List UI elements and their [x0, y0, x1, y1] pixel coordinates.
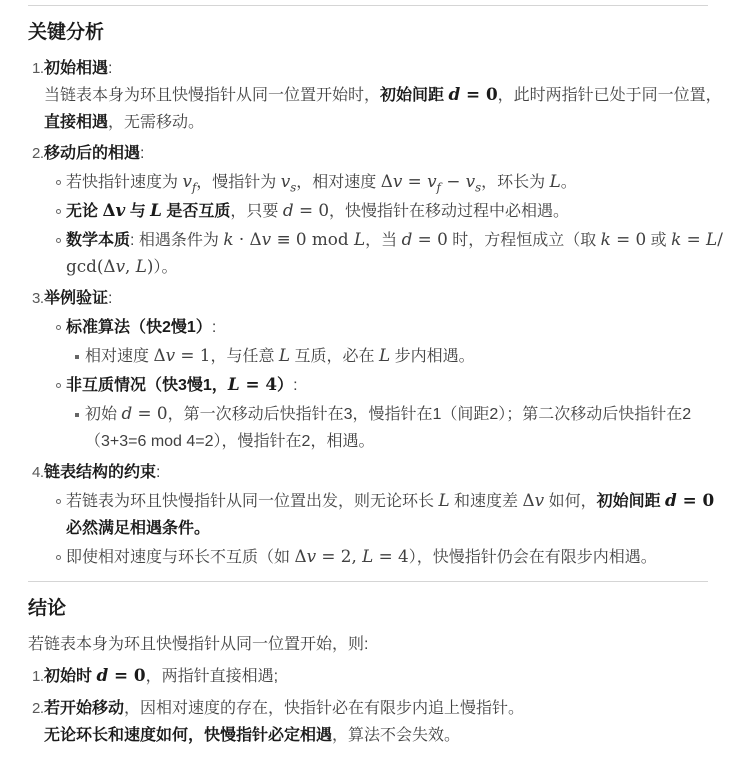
- math-expression: d = 0: [96, 665, 145, 685]
- bullet-text: 初始 d = 0，第一次移动后快指针在3，慢指针在1（间距2）；第二次移动后快指…: [85, 401, 724, 455]
- document-body: 关键分析 1. 初始相遇: 当链表本身为环且快慢指针从同一位置开始时，初始间距 …: [0, 5, 752, 749]
- math-expression: d = 0: [283, 200, 329, 220]
- math-expression: vf: [182, 171, 196, 191]
- math-expression: L = 4: [228, 374, 277, 394]
- math-expression: d = 0: [448, 84, 497, 104]
- text-segment: ）。: [153, 259, 177, 276]
- text-segment: 无论环长和速度如何，快慢指针必定相遇: [44, 727, 332, 744]
- math-expression: L: [550, 171, 561, 191]
- text-segment: 与: [125, 203, 150, 220]
- list-number: 1.: [32, 55, 44, 82]
- sub-bullet-standard-algorithm: 标准算法（快2慢1）:: [28, 314, 724, 341]
- list-number: 4.: [32, 459, 44, 486]
- text-segment: ，环长为: [481, 174, 549, 191]
- math-expression: d = 0: [402, 229, 448, 249]
- bullet-text: 无论 Δv 与 L 是否互质，只要 d = 0，快慢指针在移动过程中必相遇。: [66, 198, 724, 225]
- text-segment: :: [140, 145, 144, 162]
- text-segment: ，算法不会失效。: [332, 727, 460, 744]
- text-segment: :: [108, 290, 112, 307]
- text-segment: 互质，必在: [290, 348, 379, 365]
- math-expression: Δv = 1: [153, 345, 210, 365]
- list-number: 2.: [32, 695, 44, 722]
- list-item-initial-meeting: 1. 初始相遇: 当链表本身为环且快慢指针从同一位置开始时，初始间距 d = 0…: [28, 55, 724, 136]
- text-segment: 即使相对速度与环长不互质（如: [66, 549, 294, 566]
- sub-sub-bullet-non-coprime-detail: 初始 d = 0，第一次移动后快指针在3，慢指针在1（间距2）；第二次移动后快指…: [28, 401, 724, 455]
- math-expression: vs: [281, 171, 297, 191]
- math-expression: Δv: [102, 200, 125, 220]
- sub-sub-bullet-standard-detail: 相对速度 Δv = 1，与任意 L 互质，必在 L 步内相遇。: [28, 343, 724, 370]
- text-segment: ，因相对速度的存在，快指针必在有限步内追上慢指针。: [124, 700, 524, 717]
- top-divider: [28, 5, 708, 6]
- sub-bullet-coprime: 无论 Δv 与 L 是否互质，只要 d = 0，快慢指针在移动过程中必相遇。: [28, 198, 724, 225]
- bullet-text: 数学本质: 相遇条件为 k · Δv ≡ 0 mod L，当 d = 0 时，方…: [66, 227, 724, 281]
- math-expression: Δv = 2, L = 4: [294, 546, 408, 566]
- text-segment: ，快慢指针在移动过程中必相遇。: [329, 203, 569, 220]
- list-number: 2.: [32, 140, 44, 167]
- sub-bullet-constraint-1: 若链表为环且快慢指针从同一位置出发，则无论环长 L 和速度差 Δv 如何，初始间…: [28, 488, 724, 542]
- conclusion-intro: 若链表本身为环且快慢指针从同一位置开始，则:: [28, 631, 724, 658]
- text-segment: 相对速度: [85, 348, 153, 365]
- math-expression: k = 0: [601, 229, 647, 249]
- bullet-text: 非互质情况（快3慢1，L = 4）:: [66, 372, 724, 399]
- text-segment: :: [108, 60, 112, 77]
- text-segment: 是否互质: [162, 203, 230, 220]
- text-segment: 必然满足相遇条件。: [66, 520, 210, 537]
- text-segment: ），快慢指针仍会在有限步内相遇。: [409, 549, 657, 566]
- bullet-text: 即使相对速度与环长不互质（如 Δv = 2, L = 4），快慢指针仍会在有限步…: [66, 544, 724, 571]
- text-segment: 和速度差: [450, 493, 523, 510]
- sub-bullet-relative-speed: 若快指针速度为 vf，慢指针为 vs，相对速度 Δv = vf − vs，环长为…: [28, 169, 724, 196]
- bullet-text: 标准算法（快2慢1）:: [66, 314, 724, 341]
- text-segment: 初始时: [44, 668, 96, 685]
- circle-bullet-icon: [56, 555, 61, 560]
- text-segment: 初始间距: [380, 87, 448, 104]
- conclusion-item-text: 初始时 d = 0，两指针直接相遇;: [44, 663, 724, 690]
- text-segment: :: [156, 464, 160, 481]
- text-segment: 移动后的相遇: [44, 145, 140, 162]
- text-segment: 链表结构的约束: [44, 464, 156, 481]
- circle-bullet-icon: [56, 383, 61, 388]
- square-bullet-icon: [75, 413, 79, 417]
- bullet-text: 相对速度 Δv = 1，与任意 L 互质，必在 L 步内相遇。: [85, 343, 724, 370]
- text-segment: ，只要: [230, 203, 282, 220]
- list-item-examples: 3. 举例验证:: [28, 285, 724, 312]
- math-expression: L: [379, 345, 390, 365]
- conclusion-heading: 结论: [28, 596, 724, 621]
- circle-bullet-icon: [56, 209, 61, 214]
- text-segment: 。: [561, 174, 577, 191]
- text-segment: ，此时两指针已处于同一位置，: [498, 87, 722, 104]
- sub-bullet-math-essence: 数学本质: 相遇条件为 k · Δv ≡ 0 mod L，当 d = 0 时，方…: [28, 227, 724, 281]
- text-segment: 如何，: [544, 493, 596, 510]
- text-segment: 初始: [85, 406, 121, 423]
- math-expression: L: [150, 200, 162, 220]
- math-expression: d = 0: [121, 403, 167, 423]
- list-item-title: 链表结构的约束:: [44, 459, 724, 486]
- text-segment: 初始相遇: [44, 60, 108, 77]
- conclusion-item-2: 2. 若开始移动，因相对速度的存在，快指针必在有限步内追上慢指针。 无论环长和速…: [28, 695, 724, 749]
- text-segment: 当链表本身为环且快慢指针从同一位置开始时，: [44, 87, 380, 104]
- circle-bullet-icon: [56, 180, 61, 185]
- conclusion-item-text: 若开始移动，因相对速度的存在，快指针必在有限步内追上慢指针。: [44, 695, 724, 722]
- text-segment: 时，方程恒成立（取: [448, 232, 601, 249]
- text-segment: ，相对速度: [296, 174, 380, 191]
- text-segment: ，慢指针为: [196, 174, 280, 191]
- text-segment: 若链表为环且快慢指针从同一位置出发，则无论环长: [66, 493, 438, 510]
- circle-bullet-icon: [56, 325, 61, 330]
- math-expression: Δv = vf − vs: [381, 171, 481, 191]
- bullet-text: 若链表为环且快慢指针从同一位置出发，则无论环长 L 和速度差 Δv 如何，初始间…: [66, 488, 724, 542]
- text-segment: 数学本质: [66, 232, 130, 249]
- circle-bullet-icon: [56, 238, 61, 243]
- text-segment: ，当: [365, 232, 401, 249]
- text-segment: ，第一次移动后快指针在3，慢指针在1（间距2）；第二次移动后快指针在2（3+3=…: [85, 406, 691, 450]
- list-item-title: 初始相遇:: [44, 55, 724, 82]
- text-segment: ，两指针直接相遇;: [146, 668, 278, 685]
- text-segment: 若快指针速度为: [66, 174, 182, 191]
- math-expression: d = 0: [665, 490, 714, 510]
- text-segment: ，与任意: [210, 348, 278, 365]
- list-item-meeting-after-moving: 2. 移动后的相遇:: [28, 140, 724, 167]
- list-number: 1.: [32, 663, 44, 690]
- circle-bullet-icon: [56, 499, 61, 504]
- sub-bullet-constraint-2: 即使相对速度与环长不互质（如 Δv = 2, L = 4），快慢指针仍会在有限步…: [28, 544, 724, 571]
- list-number: 3.: [32, 285, 44, 312]
- text-segment: 步内相遇。: [390, 348, 474, 365]
- text-segment: 举例验证: [44, 290, 108, 307]
- text-segment: ）: [277, 377, 293, 394]
- list-item-structure-constraints: 4. 链表结构的约束:: [28, 459, 724, 486]
- conclusion-item-text: 无论环长和速度如何，快慢指针必定相遇，算法不会失效。: [44, 722, 724, 749]
- math-expression: Δv: [523, 490, 545, 510]
- text-segment: 标准算法（快2慢1）: [66, 319, 212, 336]
- text-segment: 若开始移动: [44, 700, 124, 717]
- bullet-text: 若快指针速度为 vf，慢指针为 vs，相对速度 Δv = vf − vs，环长为…: [66, 169, 724, 196]
- square-bullet-icon: [75, 355, 79, 359]
- text-segment: : 相遇条件为: [130, 232, 223, 249]
- text-segment: :: [212, 319, 216, 336]
- analysis-heading: 关键分析: [28, 20, 724, 45]
- sub-bullet-non-coprime-case: 非互质情况（快3慢1，L = 4）:: [28, 372, 724, 399]
- list-item-title: 移动后的相遇:: [44, 140, 724, 167]
- math-expression: L: [438, 490, 449, 510]
- text-segment: 直接相遇: [44, 114, 108, 131]
- math-expression: L: [279, 345, 290, 365]
- math-expression: k · Δv ≡ 0 mod L: [223, 229, 365, 249]
- text-segment: 初始间距: [597, 493, 665, 510]
- text-segment: ，无需移动。: [108, 114, 204, 131]
- text-segment: :: [293, 377, 297, 394]
- text-segment: 或: [646, 232, 671, 249]
- list-item-title: 举例验证:: [44, 285, 724, 312]
- section-divider: [28, 581, 708, 582]
- text-segment: 非互质情况（快3慢1，: [66, 377, 228, 394]
- list-item-paragraph: 当链表本身为环且快慢指针从同一位置开始时，初始间距 d = 0，此时两指针已处于…: [44, 82, 724, 136]
- conclusion-item-1: 1. 初始时 d = 0，两指针直接相遇;: [28, 663, 724, 690]
- text-segment: 无论: [66, 203, 102, 220]
- text-segment: 若链表本身为环且快慢指针从同一位置开始，则:: [28, 636, 368, 653]
